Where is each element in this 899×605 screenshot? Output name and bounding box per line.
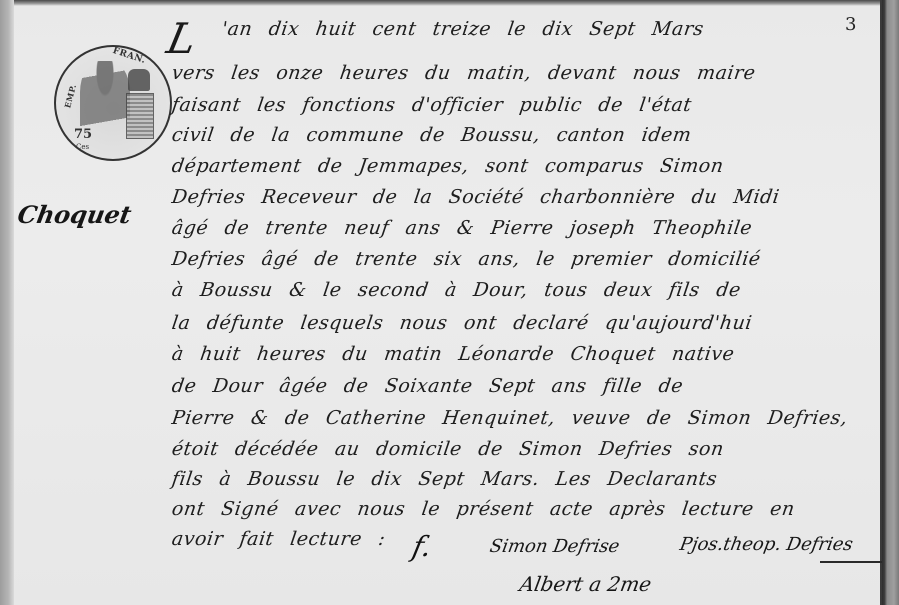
stamp-unit: Ces <box>76 143 89 151</box>
text-line: de Dour âgée de Soixante Sept ans fille … <box>170 375 684 397</box>
shield-icon <box>126 93 154 139</box>
text-line: Defries âgé de trente six ans, le premie… <box>170 248 762 270</box>
text-line: étoit décédée au domicile de Simon Defri… <box>170 438 725 460</box>
text-line: fils à Boussu le dix Sept Mars. Les Decl… <box>170 468 718 490</box>
text-line: 'an dix huit cent treize le dix Sept Mar… <box>220 18 705 40</box>
page-number: 3 <box>845 14 856 35</box>
margin-surname: Choquet <box>15 200 133 229</box>
signature-underline <box>820 561 882 563</box>
closing-paraph: f. <box>409 530 434 563</box>
page-top-shadow <box>0 0 899 6</box>
eagle-icon <box>128 69 150 91</box>
text-line: vers les onze heures du matin, devant no… <box>170 62 757 84</box>
text-line: ont Signé avec nous le présent acte aprè… <box>170 498 796 520</box>
text-line: faisant les fonctions d'officier public … <box>170 94 693 116</box>
stamp-value: 75 <box>74 127 92 142</box>
stamp-left-text: EMP. <box>62 83 78 109</box>
text-line: département de Jemmapes, sont comparus S… <box>170 155 725 177</box>
text-line: Defries Receveur de la Société charbonni… <box>170 186 781 208</box>
text-line: civil de la commune de Boussu, canton id… <box>170 124 692 146</box>
text-line: âgé de trente neuf ans & Pierre joseph T… <box>170 217 753 239</box>
text-line: à Boussu & le second à Dour, tous deux f… <box>170 279 742 301</box>
text-line: Pierre & de Catherine Henquinet, veuve d… <box>170 407 849 429</box>
tax-stamp: FRAN. EMP. 75 Ces <box>54 45 172 161</box>
text-line: avoir fait lecture : <box>170 528 387 550</box>
signature-simon-defrise: Simon Defrise <box>488 536 621 557</box>
signature-mayor: Albert a 2me <box>518 572 653 596</box>
decorative-initial: L <box>163 14 201 63</box>
book-binding-edge <box>882 0 899 605</box>
text-line: à huit heures du matin Léonarde Choquet … <box>170 343 735 365</box>
page-left-edge <box>0 0 14 605</box>
text-line: la défunte lesquels nous ont declaré qu'… <box>170 312 753 334</box>
document-page: FRAN. EMP. 75 Ces 3 Choquet L 'an dix hu… <box>0 0 899 605</box>
signature-pierre-joseph-theophile-defries: Pjos.theop. Defries <box>678 534 854 555</box>
